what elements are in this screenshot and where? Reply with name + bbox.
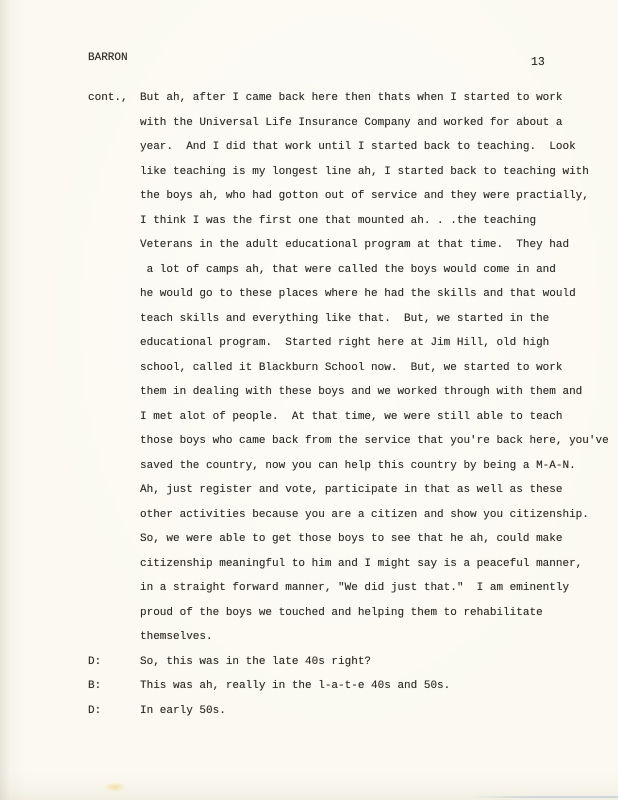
- transcript-line: This was ah, really in the l-a-t-e 40s a…: [140, 674, 612, 699]
- transcript-line: Ah, just register and vote, participate …: [140, 478, 612, 503]
- transcript-line: Veterans in the adult educational progra…: [140, 233, 612, 258]
- transcript-line: I think I was the first one that mounted…: [140, 209, 612, 234]
- transcript: cont., But ah, after I came back here th…: [88, 86, 612, 723]
- transcript-line: he would go to these places where he had…: [140, 282, 612, 307]
- transcript-line: themselves.: [140, 625, 612, 650]
- transcript-line: those boys who came back from the servic…: [140, 429, 612, 454]
- scan-edge-artifact: [470, 796, 618, 798]
- transcript-line: proud of the boys we touched and helping…: [140, 601, 612, 626]
- speaker-label: D:: [88, 699, 140, 724]
- transcript-line: school, called it Blackburn School now. …: [140, 356, 612, 381]
- transcript-line: them in dealing with these boys and we w…: [140, 380, 612, 405]
- transcript-entry: B: This was ah, really in the l-a-t-e 40…: [88, 674, 612, 699]
- transcript-line: educational program. Started right here …: [140, 331, 612, 356]
- entry-lines: In early 50s.: [140, 699, 612, 724]
- transcript-line: So, we were able to get those boys to se…: [140, 527, 612, 552]
- transcript-line: in a straight forward manner, "We did ju…: [140, 576, 612, 601]
- entry-lines: This was ah, really in the l-a-t-e 40s a…: [140, 674, 612, 699]
- speaker-label: cont.,: [88, 86, 140, 111]
- transcript-line: teach skills and everything like that. B…: [140, 307, 612, 332]
- transcript-entry: D: So, this was in the late 40s right?: [88, 650, 612, 675]
- transcript-line: I met alot of people. At that time, we w…: [140, 405, 612, 430]
- transcript-line: with the Universal Life Insurance Compan…: [140, 111, 612, 136]
- transcript-line: In early 50s.: [140, 699, 612, 724]
- entry-lines: But ah, after I came back here then that…: [140, 86, 612, 650]
- page-title: BARRON: [88, 52, 128, 64]
- page-number: 13: [531, 56, 545, 69]
- transcript-line: saved the country, now you can help this…: [140, 454, 612, 479]
- transcript-entry: D: In early 50s.: [88, 699, 612, 724]
- transcript-line: like teaching is my longest line ah, I s…: [140, 160, 612, 185]
- speaker-label: B:: [88, 674, 140, 699]
- transcript-line: year. And I did that work until I starte…: [140, 135, 612, 160]
- speaker-label: D:: [88, 650, 140, 675]
- transcript-line: the boys ah, who had gotton out of servi…: [140, 184, 612, 209]
- transcript-line: other activities because you are a citiz…: [140, 503, 612, 528]
- transcript-line: a lot of camps ah, that were called the …: [140, 258, 612, 283]
- scan-smudge-artifact: [104, 782, 126, 792]
- transcript-entry: cont., But ah, after I came back here th…: [88, 86, 612, 650]
- transcript-line: But ah, after I came back here then that…: [140, 86, 612, 111]
- entry-lines: So, this was in the late 40s right?: [140, 650, 612, 675]
- document-page: BARRON 13 cont., But ah, after I came ba…: [0, 0, 618, 800]
- transcript-line: So, this was in the late 40s right?: [140, 650, 612, 675]
- transcript-line: citizenship meaningful to him and I migh…: [140, 552, 612, 577]
